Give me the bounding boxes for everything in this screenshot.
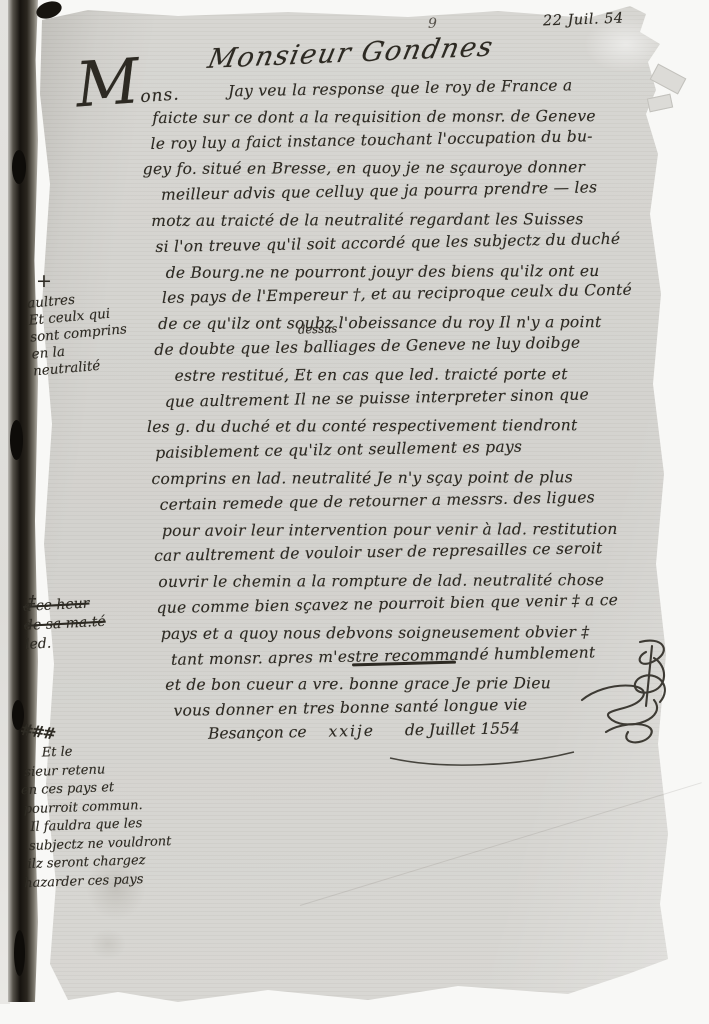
margin-note-struck: a ce heur de sa ma.té led.	[23, 590, 176, 655]
archival-date-note: 22 Juil. 54	[543, 11, 624, 30]
letter-body: Jay veu la response que le roy de France…	[150, 76, 668, 725]
binding-blob	[10, 420, 23, 460]
cross-insertion-mark: +	[36, 270, 52, 292]
postscript-note: Et le sieur retenu en ces pays et pourro…	[17, 739, 212, 894]
dateline-rest: de Juillet 1554	[405, 719, 520, 739]
binding-blob	[14, 930, 25, 976]
dateline-flourish-icon	[388, 748, 578, 770]
folio-number: 9	[428, 16, 437, 32]
margin-note-neutrality: aultres Et ceulx qui sont comprins en la…	[27, 284, 164, 380]
interlinear-insertion: dessus	[298, 321, 338, 336]
manuscript-scan: 9 22 Juil. 54 Monsieur Gondnes Mons. Jay…	[0, 0, 709, 1024]
binding-blob	[12, 150, 26, 184]
dateline-place: Besançon ce	[208, 723, 307, 743]
signature-paraph-icon	[576, 636, 688, 754]
dateline-day-numeral: xxije	[328, 722, 375, 741]
